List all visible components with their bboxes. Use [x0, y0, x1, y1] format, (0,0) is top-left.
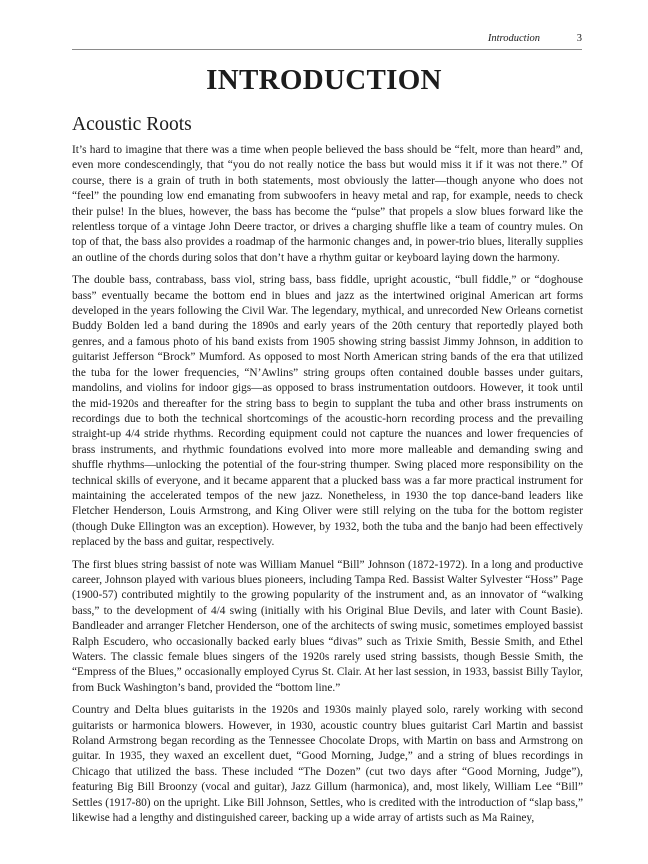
chapter-title: INTRODUCTION [0, 64, 648, 97]
paragraph: Country and Delta blues guitarists in th… [72, 703, 583, 826]
paragraph: The first blues string bassist of note w… [72, 558, 583, 697]
paragraph: It’s hard to imagine that there was a ti… [72, 143, 583, 266]
paragraph: The double bass, contrabass, bass viol, … [72, 273, 583, 550]
running-head-title: Introduction [488, 33, 540, 44]
section-heading: Acoustic Roots [72, 114, 192, 136]
page-number: 3 [577, 33, 582, 44]
body-text: It’s hard to imagine that there was a ti… [72, 143, 583, 833]
running-head: Introduction 3 [72, 33, 582, 50]
